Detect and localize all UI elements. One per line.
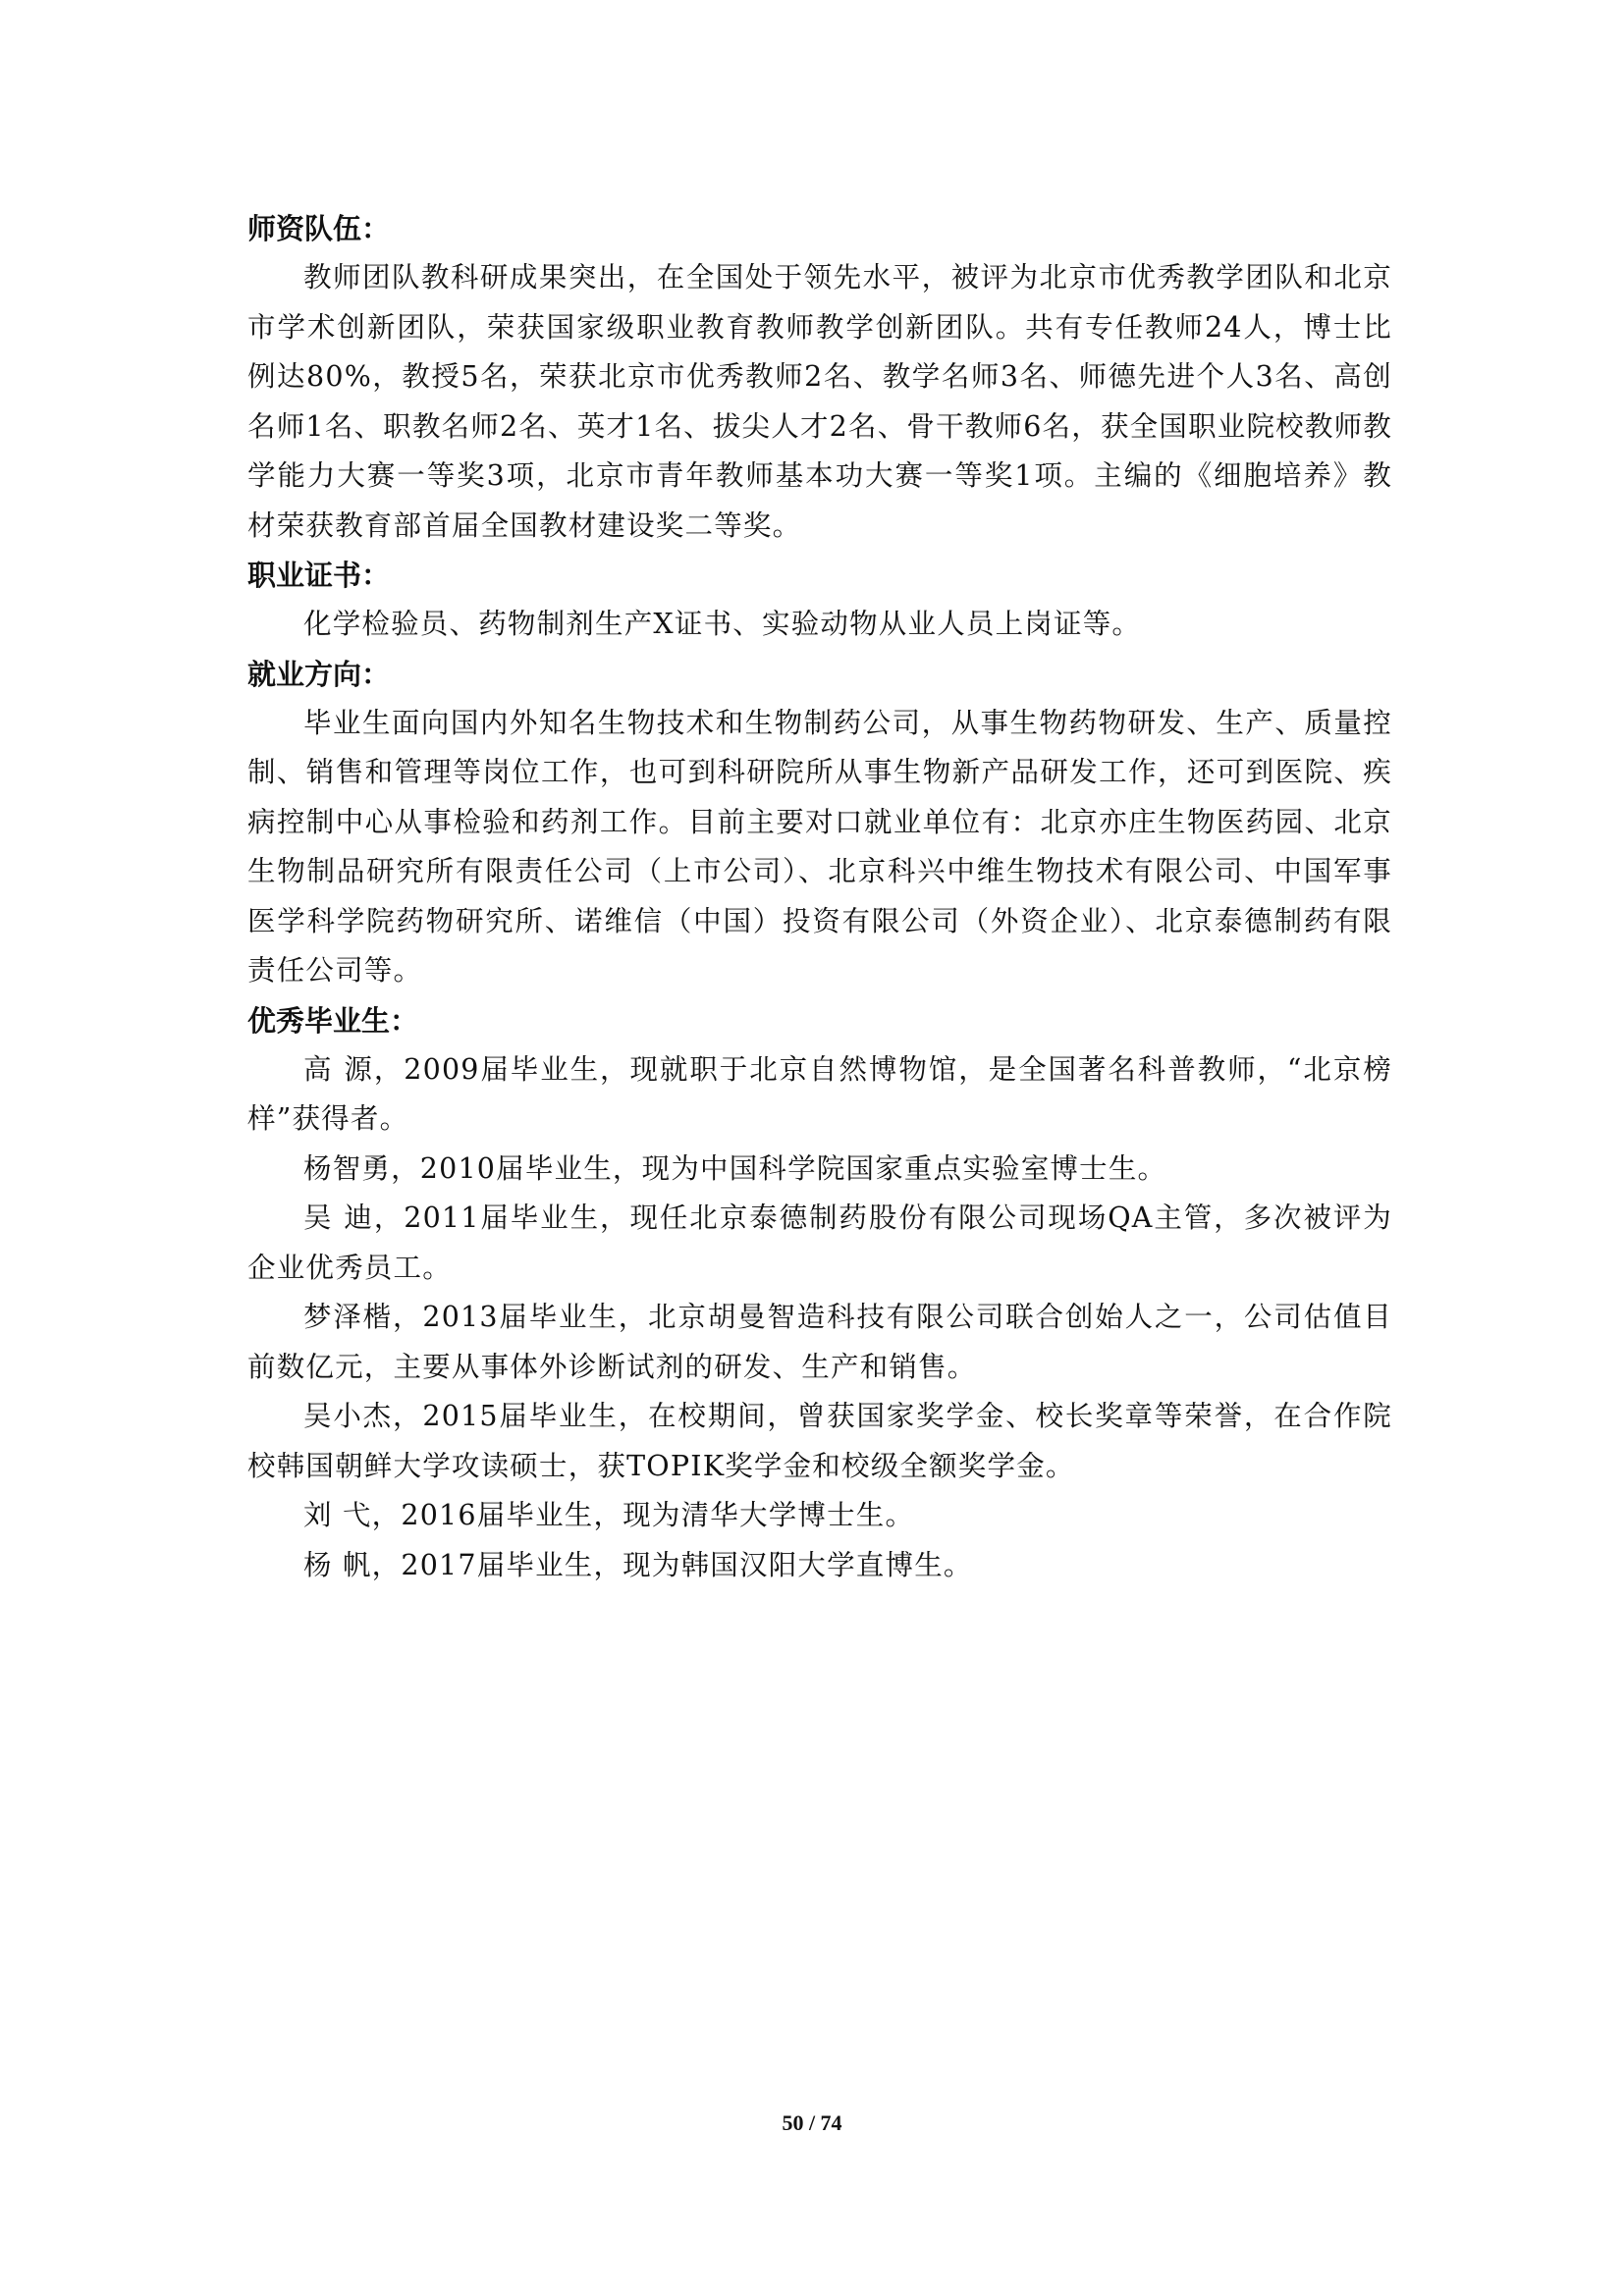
section-heading-certificates: 职业证书： bbox=[247, 551, 1392, 600]
section-employment: 就业方向： 毕业生面向国内外知名生物技术和生物制药公司，从事生物药物研发、生产、… bbox=[247, 650, 1392, 996]
employment-paragraph: 毕业生面向国内外知名生物技术和生物制药公司，从事生物药物研发、生产、质量控制、销… bbox=[247, 699, 1392, 996]
graduate-entry: 杨智勇，2010届毕业生，现为中国科学院国家重点实验室博士生。 bbox=[247, 1145, 1392, 1195]
section-faculty: 师资队伍： 教师团队教科研成果突出，在全国处于领先水平，被评为北京市优秀教学团队… bbox=[247, 204, 1392, 551]
graduate-entry: 吴 迪，2011届毕业生，现任北京泰德制药股份有限公司现场QA主管，多次被评为企… bbox=[247, 1194, 1392, 1293]
graduate-entry: 梦泽楷，2013届毕业生，北京胡曼智造科技有限公司联合创始人之一，公司估值目前数… bbox=[247, 1293, 1392, 1392]
section-certificates: 职业证书： 化学检验员、药物制剂生产X证书、实验动物从业人员上岗证等。 bbox=[247, 551, 1392, 650]
certificates-paragraph: 化学检验员、药物制剂生产X证书、实验动物从业人员上岗证等。 bbox=[247, 600, 1392, 650]
graduate-entry: 杨 帆，2017届毕业生，现为韩国汉阳大学直博生。 bbox=[247, 1541, 1392, 1591]
section-heading-employment: 就业方向： bbox=[247, 650, 1392, 699]
page-number: 50 / 74 bbox=[0, 2110, 1624, 2136]
graduate-entry: 吴小杰，2015届毕业生，在校期间，曾获国家奖学金、校长奖章等荣誉，在合作院校韩… bbox=[247, 1392, 1392, 1491]
section-graduates: 优秀毕业生： 高 源，2009届毕业生，现就职于北京自然博物馆，是全国著名科普教… bbox=[247, 996, 1392, 1591]
faculty-paragraph: 教师团队教科研成果突出，在全国处于领先水平，被评为北京市优秀教学团队和北京市学术… bbox=[247, 253, 1392, 551]
graduate-entry: 刘 弋，2016届毕业生，现为清华大学博士生。 bbox=[247, 1491, 1392, 1541]
section-heading-faculty: 师资队伍： bbox=[247, 204, 1392, 253]
graduate-entry: 高 源，2009届毕业生，现就职于北京自然博物馆，是全国著名科普教师，“北京榜样… bbox=[247, 1045, 1392, 1145]
document-body: 师资队伍： 教师团队教科研成果突出，在全国处于领先水平，被评为北京市优秀教学团队… bbox=[247, 204, 1392, 1590]
section-heading-graduates: 优秀毕业生： bbox=[247, 996, 1392, 1045]
